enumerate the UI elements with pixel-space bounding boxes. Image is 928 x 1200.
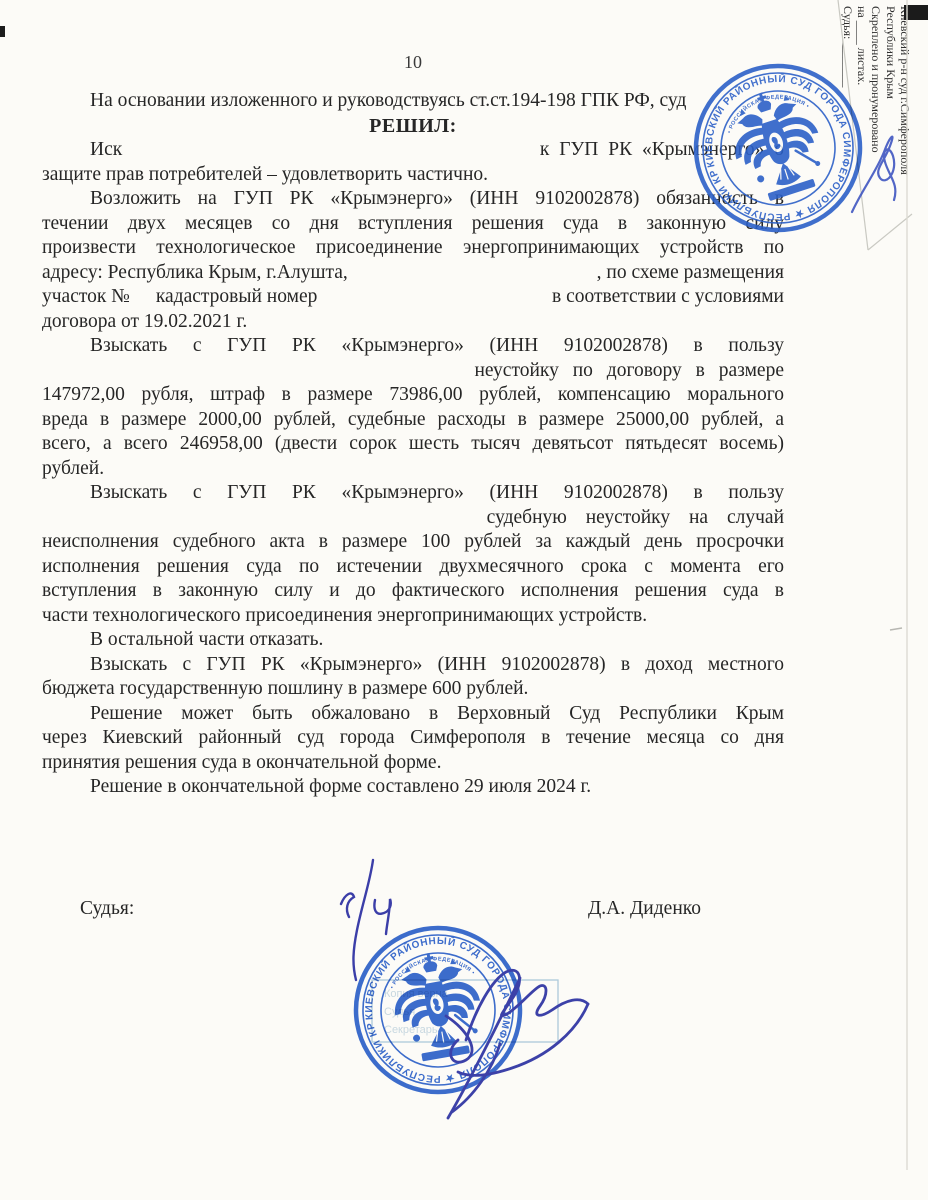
ruling-line: вступления в законную силу и до фактичес… [42,579,784,604]
ruling-line: 147972,00 рубля, штраф в размере 73986,0… [42,383,784,408]
ruling-line: Взыскать с ГУП РК «Крымэнерго» (ИНН 9102… [42,334,784,359]
ruling-line: Иск к ГУП РК «Крымэнерго» о [42,138,784,163]
text-segment: к ГУП РК «Крымэнерго» о [540,138,784,163]
binding-note-line: Скреплено и пронумеровано [869,6,883,324]
copy-stamp-line: Копия верна [384,988,449,1000]
ruling-line: части технологического присоединения эне… [42,604,784,629]
copy-stamp-border [372,980,558,1042]
page-number: 10 [42,52,784,73]
stamp-inner-text: • РОССИЙСКАЯ ФЕДЕРАЦИЯ • [385,950,476,991]
svg-text:• РОССИЙСКАЯ ФЕДЕРАЦИЯ •: • РОССИЙСКАЯ ФЕДЕРАЦИЯ • [385,950,476,991]
ruling-line: участок № кадастровый номер в соответств… [42,285,784,310]
stamp-ring-text: КИЕВСКИЙ РАЙОННЫЙ СУД ГОРОДА СИМФЕРОПОЛЯ… [352,924,524,1096]
redacted-gap [42,506,487,531]
redacted-gap [317,285,552,310]
ruling-line: договора от 19.02.2021 г. [42,310,784,335]
redacted-gap [122,138,540,163]
text-segment: судебную неустойку на случай [487,506,784,531]
copy-stamp-line: Секретарь [384,1024,438,1036]
text-segment: участок № [42,285,130,310]
ruling-line: судебную неустойку на случай [42,506,784,531]
text-segment: неустойку по договору в размере [474,359,784,384]
double-headed-eagle-emblem [386,946,487,1054]
binding-note-line: Киевский р-н суд г.Симферополя [898,6,912,324]
ruling-text: На основании изложенного и руководствуяс… [42,89,784,800]
text-segment: в соответствии с условиями [552,285,784,310]
ruling-line: всего, а всего 246958,00 (двести сорок ш… [42,432,784,457]
ruling-line: защите прав потребителей – удовлетворить… [42,163,784,188]
ruling-line: адресу: Республика Крым, г.Алушта, , по … [42,261,784,286]
text-segment: Иск [90,138,122,163]
binding-note-line: Судья:________ [841,6,855,324]
redacted-gap [42,359,474,384]
judge-initials-handwriting [341,860,391,980]
redacted-gap [130,285,156,310]
text-segment: адресу: Республика Крым, г.Алушта, [42,261,348,286]
binding-note: Киевский р-н суд г.Симферополя Республик… [841,6,912,324]
scan-edge-mark [0,26,5,37]
copy-stamp-line: Судья [384,1006,415,1018]
ruling-line: произвести технологическое присоединение… [42,236,784,261]
ruling-line: через Киевский районный суд города Симфе… [42,726,784,751]
ruling-line: неустойку по договору в размере [42,359,784,384]
ruling-final-line: Решение в окончательной форме составлено… [42,775,784,800]
svg-text:КИЕВСКИЙ РАЙОННЫЙ СУД ГОРОДА С: КИЕВСКИЙ РАЙОННЫЙ СУД ГОРОДА СИМФЕРОПОЛЯ… [352,924,524,1096]
ruling-line: Возложить на ГУП РК «Крымэнерго» (ИНН 91… [42,187,784,212]
ruling-line: неисполнения судебного акта в размере 10… [42,530,784,555]
court-seal-stamp-bottom: КИЕВСКИЙ РАЙОННЫЙ СУД ГОРОДА СИМФЕРОПОЛЯ… [343,915,533,1105]
ruling-intro-line: На основании изложенного и руководствуяс… [42,89,784,114]
redacted-gap [348,261,597,286]
ruling-line: принятия решения суда в окончательной фо… [42,751,784,776]
judge-name: Д.А. Диденко [588,898,701,920]
text-segment: , по схеме размещения [597,261,784,286]
binding-note-line: на ____ листах. [855,6,869,324]
stamp-banner [421,1045,470,1061]
ruling-heading: РЕШИЛ: [42,114,784,139]
ruling-line: Взыскать с ГУП РК «Крымэнерго» (ИНН 9102… [42,481,784,506]
judge-signature [446,970,588,1118]
judge-label: Судья: [80,898,134,920]
ruling-line: течении двух месяцев со дня вступления р… [42,212,784,237]
pen-dash [890,628,902,630]
ruling-line: Взыскать с ГУП РК «Крымэнерго» (ИНН 9102… [42,653,784,678]
ruling-line: Решение может быть обжаловано в Верховны… [42,702,784,727]
ruling-line: вреда в размере 2000,00 рублей, судебные… [42,408,784,433]
ruling-line: рублей. [42,457,784,482]
ruling-line: исполнения решения суда по истечении дву… [42,555,784,580]
binding-note-line: Республики Крым [883,6,897,324]
text-segment: кадастровый номер [156,285,318,310]
ruling-line: В остальной части отказать. [42,628,784,653]
copy-stamp: Копия верна Судья Секретарь [372,980,558,1042]
ruling-line: бюджета государственную пошлину в размер… [42,677,784,702]
